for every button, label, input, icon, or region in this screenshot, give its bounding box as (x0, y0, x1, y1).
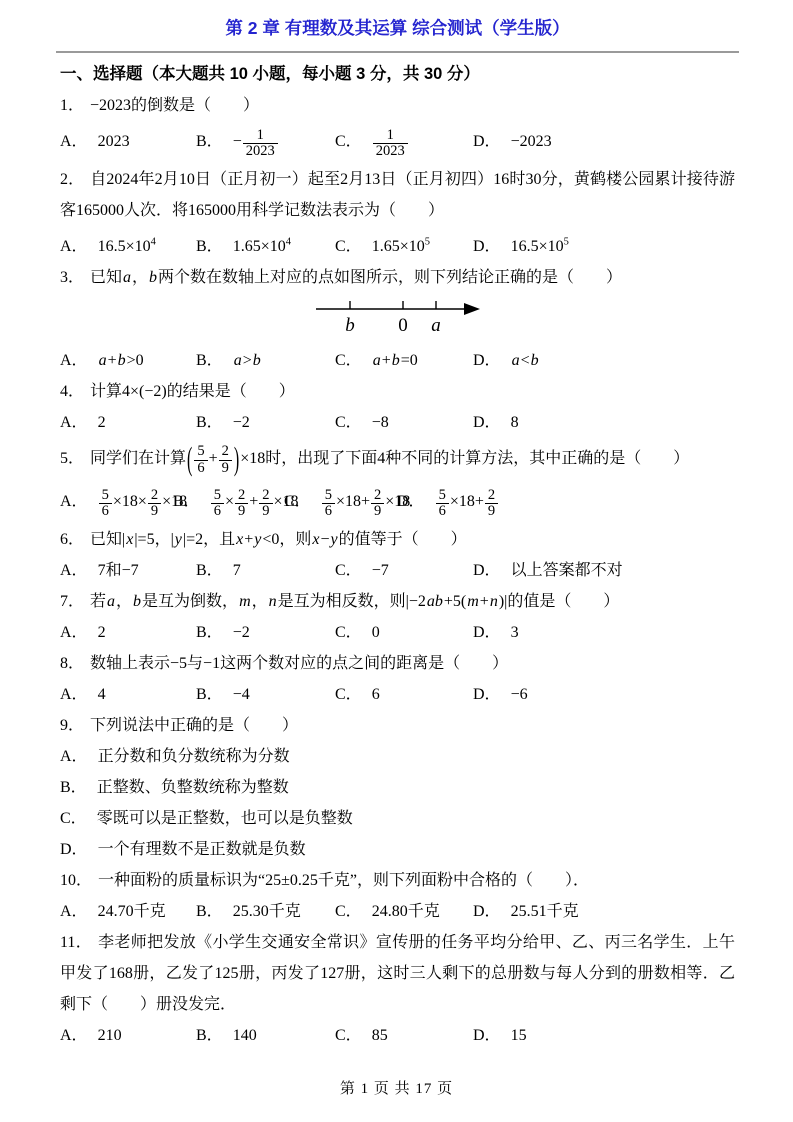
question-number: 6． (60, 531, 84, 548)
question-text: 一种面粉的质量标识为“25±0.25千克”，则下列面粉中合格的（ ）． (98, 872, 589, 889)
question-text: −2023的倒数是（ ） (90, 97, 259, 114)
option-text: 4 (98, 686, 106, 703)
question-stem: 8．数轴上表示−5与−1这两个数对应的点之间的距离是（ ） (60, 648, 735, 679)
option-label: A． (60, 493, 88, 510)
option-text: 2 (98, 624, 106, 641)
option-label: C． (284, 493, 311, 510)
option-label: B． (196, 624, 223, 641)
question-6: 6．已知|x|=5，|y|=2，且x+y<0，则x−y的值等于（ ） A．7和−… (60, 524, 735, 586)
question-1: 1．−2023的倒数是（ ） A．2023 B．−12023 C．12023 D… (60, 90, 735, 164)
option-label: D． (473, 903, 501, 920)
option-label: C． (335, 1027, 362, 1044)
option-label: C． (335, 238, 362, 255)
option-B: B．−2 (196, 407, 335, 438)
number-line-figure: b 0 a (60, 295, 735, 345)
option-text: 210 (98, 1027, 122, 1044)
option-text: 24.70千克 (98, 903, 166, 920)
question-number: 1． (60, 97, 84, 114)
number-line-label-a: a (431, 315, 441, 336)
question-text: 同学们在计算(56+29)×18时，出现了下面4种不同的计算方法，其中正确的是（… (90, 450, 689, 467)
question-11: 11．李老师把发放《小学生交通安全常识》宣传册的任务平均分给甲、乙、丙三名学生．… (60, 927, 735, 1051)
option-label: A． (60, 352, 88, 369)
option-C: C．12023 (335, 126, 473, 159)
question-stem: 1．−2023的倒数是（ ） (60, 90, 735, 121)
option-A: A．2023 (60, 126, 196, 157)
question-stem: 7．若a，b是互为倒数，m，n是互为相反数，则|−2ab+5(m+n)|的值是（… (60, 586, 735, 617)
question-4: 4．计算4×(−2)的结果是（ ） A．2 B．−2 C．−8 D．8 (60, 376, 735, 438)
question-number: 5． (60, 450, 84, 467)
option-label: A． (60, 686, 88, 703)
option-text: 2 (98, 414, 106, 431)
option-D: D．15 (473, 1020, 735, 1051)
option-C: C．56×18+29×18 (284, 486, 397, 519)
option-D: D．−2023 (473, 126, 735, 157)
option-A: A．7和−7 (60, 555, 196, 586)
option-label: D． (473, 1027, 501, 1044)
option-C: C．24.80千克 (335, 896, 473, 927)
number-line-label-b: b (345, 315, 355, 336)
option-label: C． (335, 686, 362, 703)
option-text: 8 (511, 414, 519, 431)
option-label: D． (473, 562, 501, 579)
option-label: A． (60, 903, 88, 920)
option-text: a+b>0 (98, 352, 144, 369)
question-2: 2．自2024年2月10日（正月初一）起至2月13日（正月初四）16时30分，黄… (60, 164, 735, 261)
option-text: 7和−7 (98, 562, 139, 579)
option-label: D． (473, 686, 501, 703)
option-text: 24.80千克 (372, 903, 440, 920)
option-text: 一个有理数不是正数就是负数 (98, 841, 306, 858)
option-A: A．2 (60, 407, 196, 438)
option-text: −2023 (511, 133, 552, 150)
option-B: B．正整数、负整数统称为整数 (60, 772, 735, 803)
option-D: D．25.51千克 (473, 896, 735, 927)
option-label: D． (397, 493, 425, 510)
option-B: B．a>b (196, 345, 335, 376)
option-label: A． (60, 414, 88, 431)
option-label: D． (473, 352, 501, 369)
option-A: A．a+b>0 (60, 345, 196, 376)
option-text: −8 (372, 414, 389, 431)
question-7: 7．若a，b是互为倒数，m，n是互为相反数，则|−2ab+5(m+n)|的值是（… (60, 586, 735, 648)
option-B: B．7 (196, 555, 335, 586)
option-text: 56×18+29 (435, 493, 500, 510)
question-stem: 5．同学们在计算(56+29)×18时，出现了下面4种不同的计算方法，其中正确的… (60, 438, 735, 481)
option-A: A．56×18×29×18 (60, 486, 173, 519)
option-text: −4 (233, 686, 250, 703)
option-label: B． (196, 414, 223, 431)
option-B: B．−12023 (196, 126, 335, 159)
option-C: C．1.65×105 (335, 226, 473, 261)
option-label: A． (60, 562, 88, 579)
option-D: D．a<b (473, 345, 735, 376)
question-text: 数轴上表示−5与−1这两个数对应的点之间的距离是（ ） (90, 655, 508, 672)
question-text: 计算4×(−2)的结果是（ ） (90, 383, 295, 400)
option-label: A． (60, 133, 88, 150)
option-text: 正整数、负整数统称为整数 (97, 779, 289, 796)
title-divider (56, 51, 739, 53)
option-label: D． (473, 624, 501, 641)
question-text: 下列说法中正确的是（ ） (90, 717, 298, 734)
option-label: A． (60, 1027, 88, 1044)
option-label: B． (196, 686, 223, 703)
question-number: 7． (60, 593, 84, 610)
question-3: 3．已知a，b两个数在数轴上对应的点如图所示，则下列结论正确的是（ ） b 0 … (60, 262, 735, 376)
option-C: C．a+b=0 (335, 345, 473, 376)
option-text: 6 (372, 686, 380, 703)
option-text: 1.65×104 (233, 238, 291, 255)
options-row: A．210 B．140 C．85 D．15 (60, 1020, 735, 1051)
option-C: C．0 (335, 617, 473, 648)
option-label: B． (196, 1027, 223, 1044)
question-number: 4． (60, 383, 84, 400)
option-label: B． (196, 133, 223, 150)
option-label: B． (196, 903, 223, 920)
option-label: D． (473, 238, 501, 255)
number-line-svg: b 0 a (308, 295, 488, 345)
option-text: −6 (511, 686, 528, 703)
option-text: a<b (511, 352, 540, 369)
options-row: A．4 B．−4 C．6 D．−6 (60, 679, 735, 710)
option-D: D．56×18+29 (397, 486, 735, 519)
option-label: B． (173, 493, 200, 510)
option-text: 15 (511, 1027, 527, 1044)
option-text: −12023 (233, 133, 279, 150)
option-A: A．4 (60, 679, 196, 710)
option-B: B．25.30千克 (196, 896, 335, 927)
question-text: 已知a，b两个数在数轴上对应的点如图所示，则下列结论正确的是（ ） (90, 269, 622, 286)
options-row: A．2 B．−2 C．0 D．3 (60, 617, 735, 648)
option-text: 零既可以是正整数，也可以是负整数 (97, 810, 353, 827)
question-number: 8． (60, 655, 84, 672)
options-row: A．2023 B．−12023 C．12023 D．−2023 (60, 121, 735, 164)
question-stem: 4．计算4×(−2)的结果是（ ） (60, 376, 735, 407)
options-row: A．a+b>0 B．a>b C．a+b=0 D．a<b (60, 345, 735, 376)
option-label: C． (60, 810, 87, 827)
page-number-footer: 第 1 页 共 17 页 (0, 1077, 793, 1098)
option-A: A．24.70千克 (60, 896, 196, 927)
option-label: B． (196, 562, 223, 579)
option-A: A．210 (60, 1020, 196, 1051)
option-label: B． (196, 238, 223, 255)
option-B: B．−4 (196, 679, 335, 710)
option-A: A．正分数和负分数统称为分数 (60, 741, 735, 772)
option-label: C． (335, 624, 362, 641)
question-number: 9． (60, 717, 84, 734)
options-row: A．7和−7 B．7 C．−7 D．以上答案都不对 (60, 555, 735, 586)
question-number: 11． (60, 934, 92, 951)
question-stem: 2．自2024年2月10日（正月初一）起至2月13日（正月初四）16时30分，黄… (60, 164, 735, 226)
option-text: −2 (233, 624, 250, 641)
option-text: 12023 (372, 133, 409, 150)
option-text: a+b=0 (372, 352, 418, 369)
option-text: −7 (372, 562, 389, 579)
option-label: D． (473, 414, 501, 431)
question-stem: 6．已知|x|=5，|y|=2，且x+y<0，则x−y的值等于（ ） (60, 524, 735, 555)
question-text: 若a，b是互为倒数，m，n是互为相反数，则|−2ab+5(m+n)|的值是（ ） (90, 593, 619, 610)
question-stem: 9．下列说法中正确的是（ ） (60, 710, 735, 741)
option-label: C． (335, 133, 362, 150)
option-D: D．−6 (473, 679, 735, 710)
option-text: 3 (511, 624, 519, 641)
option-label: C． (335, 562, 362, 579)
option-text: 正分数和负分数统称为分数 (98, 748, 290, 765)
question-text: 已知|x|=5，|y|=2，且x+y<0，则x−y的值等于（ ） (90, 531, 467, 548)
option-C: C．零既可以是正整数，也可以是负整数 (60, 803, 735, 834)
option-D: D．一个有理数不是正数就是负数 (60, 834, 735, 865)
question-stem: 3．已知a，b两个数在数轴上对应的点如图所示，则下列结论正确的是（ ） (60, 262, 735, 293)
option-text: 16.5×104 (98, 238, 156, 255)
option-D: D．3 (473, 617, 735, 648)
option-text: 140 (233, 1027, 257, 1044)
option-text: 0 (372, 624, 380, 641)
option-B: B．140 (196, 1020, 335, 1051)
options-row: A．16.5×104 B．1.65×104 C．1.65×105 D．16.5×… (60, 226, 735, 261)
question-text: 自2024年2月10日（正月初一）起至2月13日（正月初四）16时30分，黄鹤楼… (60, 171, 735, 219)
question-number: 3． (60, 269, 84, 286)
option-text: 25.51千克 (511, 903, 579, 920)
option-label: C． (335, 414, 362, 431)
option-text: 16.5×105 (511, 238, 569, 255)
option-label: C． (335, 352, 362, 369)
option-text: 7 (233, 562, 241, 579)
section-heading: 一、选择题（本大题共 10 小题，每小题 3 分，共 30 分） (60, 59, 735, 90)
option-B: B．1.65×104 (196, 226, 335, 261)
option-A: A．2 (60, 617, 196, 648)
option-text: 1.65×105 (372, 238, 430, 255)
option-label: C． (335, 903, 362, 920)
option-D: D．8 (473, 407, 735, 438)
question-10: 10．一种面粉的质量标识为“25±0.25千克”，则下列面粉中合格的（ ）． A… (60, 865, 735, 927)
option-text: a>b (233, 352, 262, 369)
option-C: C．85 (335, 1020, 473, 1051)
question-number: 10． (60, 872, 92, 889)
option-label: B． (196, 352, 223, 369)
question-stem: 11．李老师把发放《小学生交通安全常识》宣传册的任务平均分给甲、乙、丙三名学生．… (60, 927, 735, 1020)
options-row: A．56×18×29×18 B．56×29+29×18 C．56×18+29×1… (60, 481, 735, 524)
document-page: 第 2 章 有理数及其运算 综合测试（学生版） 一、选择题（本大题共 10 小题… (0, 0, 793, 1122)
question-text: 李老师把发放《小学生交通安全常识》宣传册的任务平均分给甲、乙、丙三名学生．上午甲… (60, 934, 735, 1013)
option-text: 25.30千克 (233, 903, 301, 920)
options-list: A．正分数和负分数统称为分数 B．正整数、负整数统称为整数 C．零既可以是正整数… (60, 741, 735, 865)
question-stem: 10．一种面粉的质量标识为“25±0.25千克”，则下列面粉中合格的（ ）． (60, 865, 735, 896)
number-line-label-zero: 0 (398, 315, 408, 336)
option-text: 以上答案都不对 (511, 562, 623, 579)
option-text: 85 (372, 1027, 388, 1044)
options-row: A．2 B．−2 C．−8 D．8 (60, 407, 735, 438)
option-label: A． (60, 238, 88, 255)
option-B: B．−2 (196, 617, 335, 648)
option-label: D． (473, 133, 501, 150)
option-C: C．−7 (335, 555, 473, 586)
option-C: C．6 (335, 679, 473, 710)
option-label: A． (60, 624, 88, 641)
options-row: A．24.70千克 B．25.30千克 C．24.80千克 D．25.51千克 (60, 896, 735, 927)
question-8: 8．数轴上表示−5与−1这两个数对应的点之间的距离是（ ） A．4 B．−4 C… (60, 648, 735, 710)
option-D: D．16.5×105 (473, 226, 735, 261)
document-title: 第 2 章 有理数及其运算 综合测试（学生版） (60, 16, 735, 40)
question-5: 5．同学们在计算(56+29)×18时，出现了下面4种不同的计算方法，其中正确的… (60, 438, 735, 525)
option-label: B． (60, 779, 87, 796)
option-C: C．−8 (335, 407, 473, 438)
option-text: 2023 (98, 133, 130, 150)
option-A: A．16.5×104 (60, 226, 196, 261)
option-label: D． (60, 841, 88, 858)
question-9: 9．下列说法中正确的是（ ） A．正分数和负分数统称为分数 B．正整数、负整数统… (60, 710, 735, 865)
option-label: A． (60, 748, 88, 765)
option-D: D．以上答案都不对 (473, 555, 735, 586)
question-number: 2． (60, 171, 84, 188)
